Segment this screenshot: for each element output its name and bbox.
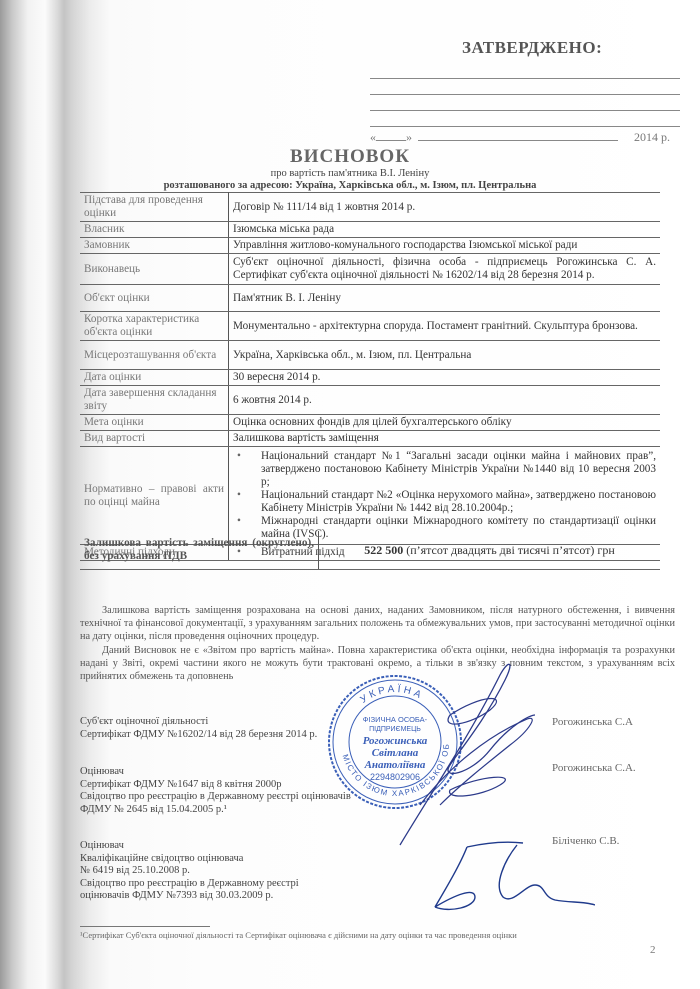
approval-date: «» 2014 р. bbox=[370, 130, 670, 145]
page-number: 2 bbox=[650, 944, 656, 956]
row-label: Місцерозташування об'єкта bbox=[80, 341, 229, 370]
signatory-line: оцінювачів ФДМУ №7393 від 30.03.2009 р. bbox=[80, 890, 299, 903]
table-row: Замовник Управління житлово-комунального… bbox=[80, 238, 660, 254]
row-label: Коротка характеристика об'єкта оцінки bbox=[80, 312, 229, 341]
footnote-divider bbox=[80, 926, 210, 927]
approval-blank-line bbox=[370, 110, 680, 111]
legal-acts-list-cell: Національний стандарт №1 “Загальні засад… bbox=[229, 447, 661, 545]
list-item: Національний стандарт №1 “Загальні засад… bbox=[247, 450, 656, 489]
table-row: Виконавець Суб'єкт оціночної діяльності,… bbox=[80, 254, 660, 285]
row-value: Україна, Харківська обл., м. Ізюм, пл. Ц… bbox=[229, 341, 661, 370]
quote-close: » bbox=[406, 130, 412, 144]
signatory-line: Сертифікат ФДМУ №16202/14 від 28 березня… bbox=[80, 729, 317, 742]
row-label: Виконавець bbox=[80, 254, 229, 285]
table-row: Місцерозташування об'єкта Україна, Харкі… bbox=[80, 341, 660, 370]
document-subtitle: про вартість пам'ятника В.І. Леніну bbox=[0, 168, 700, 179]
signatory-line: Свідоцтво про реєстрацію в Державному ре… bbox=[80, 878, 299, 891]
row-value: Залишкова вартість заміщення bbox=[229, 431, 661, 447]
row-value: Монументально - архітектурна споруда. По… bbox=[229, 312, 661, 341]
row-label: Вид вартості bbox=[80, 431, 229, 447]
table-row: Підстава для проведення оцінки Договір №… bbox=[80, 193, 660, 222]
table-row: Дата оцінки 30 вересня 2014 р. bbox=[80, 370, 660, 386]
signatory-line: № 6419 від 25.10.2008 р. bbox=[80, 865, 299, 878]
row-label: Підстава для проведення оцінки bbox=[80, 193, 229, 222]
table-row: Вид вартості Залишкова вартість заміщенн… bbox=[80, 431, 660, 447]
row-value: Оцінка основних фондів для цілей бухгалт… bbox=[229, 415, 661, 431]
row-value: 6 жовтня 2014 р. bbox=[229, 386, 661, 415]
legal-acts-list: Національний стандарт №1 “Загальні засад… bbox=[233, 450, 656, 541]
signature-bilichenko-icon bbox=[405, 835, 595, 925]
row-label: Нормативно – правові акти по оцінці майн… bbox=[80, 447, 229, 545]
table-row: Мета оцінки Оцінка основних фондів для ц… bbox=[80, 415, 660, 431]
signatory-line: Оцінювач bbox=[80, 766, 351, 779]
table-row: Дата завершення складання звіту 6 жовтня… bbox=[80, 386, 660, 415]
paragraph-basis: Залишкова вартість заміщення розрахована… bbox=[80, 604, 675, 643]
signatory-line: Свідоцтво про реєстрацію в Державному ре… bbox=[80, 791, 351, 804]
row-label: Дата оцінки bbox=[80, 370, 229, 386]
approval-block: ЗАТВЕРДЖЕНО: «» 2014 р. bbox=[370, 38, 700, 58]
row-label: Мета оцінки bbox=[80, 415, 229, 431]
valuation-table: Підстава для проведення оцінки Договір №… bbox=[80, 192, 660, 561]
signatory-block-3: Оцінювач Кваліфікаційне свідоцтво оцінюв… bbox=[80, 840, 299, 903]
table-row: Об'єкт оцінки Пам'ятник В. І. Леніну bbox=[80, 285, 660, 312]
signatory-line: ФДМУ № 2645 від 15.04.2005 р.¹ bbox=[80, 804, 351, 817]
month-blank bbox=[418, 130, 618, 141]
list-item: Національний стандарт №2 «Оцінка нерухом… bbox=[247, 489, 656, 515]
signatory-line: Сертифікат ФДМУ №1647 від 8 квітня 2000р bbox=[80, 779, 351, 792]
document-title: ВИСНОВОК bbox=[0, 146, 700, 168]
approval-blank-line bbox=[370, 78, 680, 79]
table-row: Коротка характеристика об'єкта оцінки Мо… bbox=[80, 312, 660, 341]
approval-blank-line bbox=[370, 126, 680, 127]
result-label: Залишкова вартість заміщення (округлено)… bbox=[80, 531, 319, 570]
signature-rogozhynska-icon bbox=[390, 655, 560, 855]
table-row-legal-acts: Нормативно – правові акти по оцінці майн… bbox=[80, 447, 660, 545]
day-blank bbox=[376, 130, 406, 141]
signatory-name-2: Рогожинська С.А. bbox=[552, 762, 636, 774]
row-value: Пам'ятник В. І. Леніну bbox=[229, 285, 661, 312]
signatory-line: Суб'єкт оціночної діяльності bbox=[80, 716, 317, 729]
result-table: Залишкова вартість заміщення (округлено)… bbox=[80, 531, 660, 570]
table-row-result: Залишкова вартість заміщення (округлено)… bbox=[80, 531, 660, 570]
signatory-line: Оцінювач bbox=[80, 840, 299, 853]
row-value: Договір № 111/14 від 1 жовтня 2014 р. bbox=[229, 193, 661, 222]
footnote: ¹Сертифікат Суб'єкта оціночної діяльност… bbox=[80, 930, 517, 940]
row-value: Суб'єкт оціночної діяльності, фізична ос… bbox=[229, 254, 661, 285]
result-value: 522 500 (п’ятсот двадцять дві тисячі п’я… bbox=[319, 531, 661, 570]
row-label: Власник bbox=[80, 222, 229, 238]
table-row: Власник Ізюмська міська рада bbox=[80, 222, 660, 238]
signatory-block-1: Суб'єкт оціночної діяльності Сертифікат … bbox=[80, 716, 317, 741]
row-value: Ізюмська міська рада bbox=[229, 222, 661, 238]
signatory-name-1: Рогожинська С.А bbox=[552, 716, 633, 728]
approval-blank-line bbox=[370, 94, 680, 95]
approval-year: 2014 р. bbox=[634, 130, 670, 145]
row-label: Замовник bbox=[80, 238, 229, 254]
row-value: 30 вересня 2014 р. bbox=[229, 370, 661, 386]
result-amount: 522 500 bbox=[364, 543, 403, 557]
row-label: Дата завершення складання звіту bbox=[80, 386, 229, 415]
signatory-block-2: Оцінювач Сертифікат ФДМУ №1647 від 8 кві… bbox=[80, 766, 351, 816]
signatory-line: Кваліфікаційне свідоцтво оцінювача bbox=[80, 853, 299, 866]
document-address-line: розташованого за адресою: Україна, Харкі… bbox=[0, 180, 700, 191]
row-value: Управління житлово-комунального господар… bbox=[229, 238, 661, 254]
row-label: Об'єкт оцінки bbox=[80, 285, 229, 312]
approval-title: ЗАТВЕРДЖЕНО: bbox=[462, 38, 700, 58]
result-amount-words: (п’ятсот двадцять дві тисячі п’ятсот) гр… bbox=[403, 543, 615, 557]
